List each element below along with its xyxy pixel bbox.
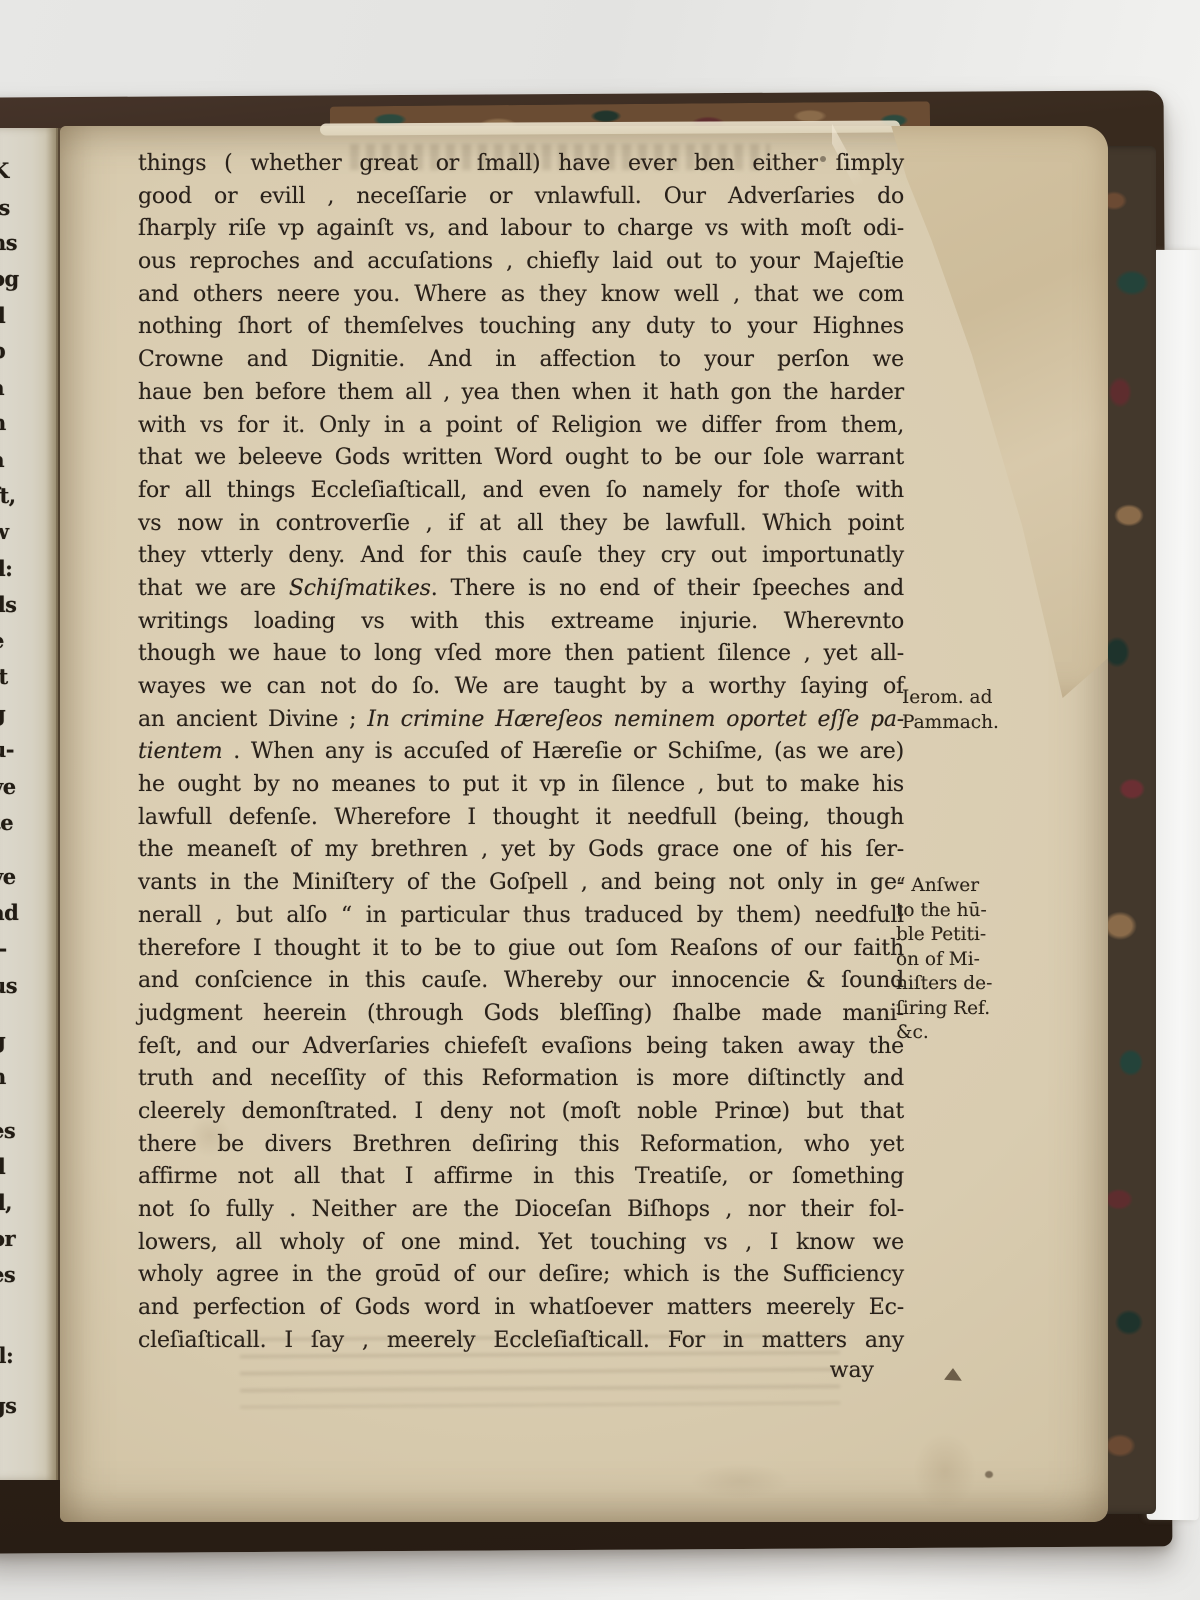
foxing-spot [180,1106,240,1166]
page-edge-fragment: es [0,1118,15,1143]
text-line: that we are Schiſmatikes. There is no en… [138,573,904,606]
margin-note-answer: “ Anſwerto the hū-ble Petiti-on of Mi-ni… [896,874,1056,1046]
text-line: for all things Eccleſiaſticall, and even… [138,475,904,508]
margin-note-line: Ierom. ad [902,686,1062,711]
text-segment: that we are [138,576,289,601]
text-line: Crowne and Dignitie. And in affection to… [138,344,904,377]
text-segment: cleerely demonſtrated. I deny not (moſt … [138,1099,904,1124]
page-edge-fragment: h [0,1064,6,1089]
text-segment: not ſo fully . Neither are the Dioceſan … [138,1197,904,1222]
foxing-spot [670,1456,810,1506]
text-segment: . When any is accuſed of Hæreſie or Schi… [222,739,904,764]
text-line: nothing ſhort of themſelves touching any… [138,311,904,344]
text-line: with vs for it. Only in a point of Relig… [138,410,904,443]
text-segment: writings loading vs with this extreame i… [138,609,904,634]
text-segment: vs now in controverſie , if at all they … [138,511,904,536]
text-line: wholy agree in the groūd of our deſire; … [138,1259,904,1292]
text-block: things ( whether great or ſmall) have ev… [138,148,904,1357]
text-line: cleerely demonſtrated. I deny not (moſt … [138,1096,904,1129]
text-segment: truth and neceſſity of this Reformation … [138,1066,904,1091]
ink-stain [944,1368,962,1381]
text-segment: there be divers Brethren deſiring this R… [138,1132,904,1157]
previous-page-edge: Kisnsogdbanaſt,wd:dseitgu-veteveadi-usgh… [0,128,58,1480]
text-line: wayes we can not do ſo. We are taught by… [138,671,904,704]
page-edge-fragment: ſt, [0,483,16,508]
margin-note-line: niſters de- [896,972,1056,997]
text-segment: . There is no end of their ſpeeches and [431,576,904,601]
text-line: nerall , but alſo “ in particular thus t… [138,900,904,933]
dirt-speck [820,156,826,162]
text-line: an ancient Divine ; In crimine Hæreſeos … [138,704,904,737]
text-line: and conſcience in this cauſe. Whereby ou… [138,965,904,998]
text-line: there be divers Brethren deſiring this R… [138,1129,904,1162]
page-edge-fragment: b [0,338,5,363]
show-through-bottom [240,1334,840,1408]
page-edge-fragment: gs [0,1393,17,1418]
text-line: haue ben before them all , yea then when… [138,377,904,410]
text-line: tientem . When any is accuſed of Hæreſie… [138,736,904,769]
page-edge-fragment: us [0,973,17,998]
text-line: affirme not all that I affirme in this T… [138,1161,904,1194]
book-page: things ( whether great or ſmall) have ev… [60,126,1108,1522]
text-line: though we haue to long vſed more then pa… [138,638,904,671]
page-edge-fragment: or [0,1226,15,1251]
text-line: not ſo fully . Neither are the Dioceſan … [138,1194,904,1227]
text-segment: wholy agree in the groūd of our deſire; … [138,1262,904,1287]
text-line: writings loading vs with this extreame i… [138,606,904,639]
page-edge-fragment: u- [0,737,14,762]
text-line: he ought by no meanes to put it vp in ſi… [138,769,904,802]
page-edge-fragment: ds [0,592,17,617]
text-segment: he ought by no meanes to put it vp in ſi… [138,772,904,797]
italic-text-segment: In crimine Hæreſeos neminem oportet eſſe… [367,707,904,732]
text-line: the meaneſt of my brethren , yet by Gods… [138,834,904,867]
text-segment: good or evill , neceſſarie or vnlawfull.… [138,184,904,209]
text-line: feſt, and our Adverſaries chiefeſt evaſi… [138,1031,904,1064]
page-edge-fragment: K [0,158,9,183]
text-segment: that we beleeve Gods written Word ought … [138,445,904,470]
margin-note-line: “ Anſwer [896,874,1056,899]
deckled-top-edge [320,120,900,135]
text-line: and perfection of Gods word in whatſoeve… [138,1292,904,1325]
text-segment: and conſcience in this cauſe. Whereby ou… [138,968,904,993]
page-edge-fragment: i- [0,936,7,961]
italic-text-segment: tientem [138,739,222,764]
text-line: therefore I thought it to be to giue out… [138,933,904,966]
page-edge-fragment: d [0,303,5,328]
page-edge-fragment: d, [0,1190,12,1215]
margin-note-line: to the hū- [896,899,1056,924]
text-segment: and others neere you. Where as they know… [138,282,904,307]
text-segment: things ( whether great or ſmall) have ev… [138,151,904,176]
page-edge-fragment: w [0,519,9,544]
text-line: good or evill , neceſſarie or vnlawfull.… [138,181,904,214]
text-segment: Crowne and Dignitie. And in affection to… [138,347,904,372]
text-segment: haue ben before them all , yea then when… [138,380,904,405]
margin-note-line: on of Mi- [896,948,1056,973]
text-segment: with vs for it. Only in a point of Relig… [138,413,904,438]
margin-note-line: ble Petiti- [896,923,1056,948]
paper-smudge [900,1416,990,1526]
margin-note-line: Pammach. [902,711,1062,736]
page-edge-fragment: a [0,447,4,472]
text-segment: nerall , but alſo “ in particular thus t… [138,903,904,928]
page-edge-fragment: ad [0,900,18,925]
text-segment: ous reproches and accuſations , chiefly … [138,249,904,274]
page-edge-fragment: ll: [0,1343,13,1368]
text-segment: nothing ſhort of themſelves touching any… [138,314,904,339]
text-segment: judgment heerein (through Gods bleſſing)… [138,1001,904,1026]
text-line: truth and neceſſity of this Reformation … [138,1063,904,1096]
page-edge-fragment: og [0,266,19,291]
page-edge-fragment: es [0,1262,15,1287]
text-segment: wayes we can not do ſo. We are taught by… [138,674,904,699]
text-line: things ( whether great or ſmall) have ev… [138,148,904,181]
page-edge-fragment: is [0,195,10,220]
photo-of-antique-book: { "page": { "lines": [ [{"t":"things ( w… [0,0,1200,1600]
page-edge-fragment: it [0,664,8,689]
text-segment: affirme not all that I affirme in this T… [138,1164,904,1189]
text-line: ous reproches and accuſations , chiefly … [138,246,904,279]
text-segment: feſt, and our Adverſaries chiefeſt evaſi… [138,1034,904,1059]
text-segment: they vtterly deny. And for this cauſe th… [138,543,904,568]
page-edge-fragment: g [0,1028,5,1053]
margin-note-line: &c. [896,1021,1056,1046]
page-edge-fragment: n [0,410,6,435]
text-segment: an ancient Divine ; [138,707,367,732]
page-edge-fragment: e [0,628,4,653]
text-line: they vtterly deny. And for this cauſe th… [138,540,904,573]
page-edge-fragment: a [0,375,4,400]
text-segment: therefore I thought it to be to giue out… [138,936,904,961]
text-line: and others neere you. Where as they know… [138,279,904,312]
text-segment: lowers, all wholy of one mind. Yet touch… [138,1230,904,1255]
text-line: judgment heerein (through Gods bleſſing)… [138,998,904,1031]
text-line: lawfull defenſe. Wherefore I thought it … [138,802,904,835]
text-line: that we beleeve Gods written Word ought … [138,442,904,475]
italic-text-segment: Schiſmatikes [289,576,431,601]
margin-note-line: ſiring Ref. [896,997,1056,1022]
text-segment: lawfull defenſe. Wherefore I thought it … [138,805,904,830]
text-line: ſharply riſe vp againſt vs, and labour t… [138,213,904,246]
page-edge-fragment: ns [0,230,17,255]
margin-note-jerome: Ierom. adPammach. [902,686,1062,735]
text-line: vs now in controverſie , if at all they … [138,508,904,541]
text-segment: ſharply riſe vp againſt vs, and labour t… [138,216,904,241]
page-edge-fragment: te [0,810,13,835]
page-edge-fragment: g [0,701,5,726]
text-segment: vants in the Miniſtery of the Goſpell , … [138,870,904,895]
text-line: lowers, all wholy of one mind. Yet touch… [138,1227,904,1260]
text-segment: for all things Eccleſiaſticall, and even… [138,478,904,503]
text-segment: and perfection of Gods word in whatſoeve… [138,1295,904,1320]
page-edge-fragment: d: [0,556,12,581]
page-edge-fragment: ve [0,774,16,799]
text-segment: though we haue to long vſed more then pa… [138,641,904,666]
page-edge-fragment: ve [0,864,16,889]
text-line: vants in the Miniſtery of the Goſpell , … [138,867,904,900]
text-segment: the meaneſt of my brethren , yet by Gods… [138,837,904,862]
dirt-speck [985,1471,993,1478]
page-edge-fragment: d [0,1154,5,1179]
